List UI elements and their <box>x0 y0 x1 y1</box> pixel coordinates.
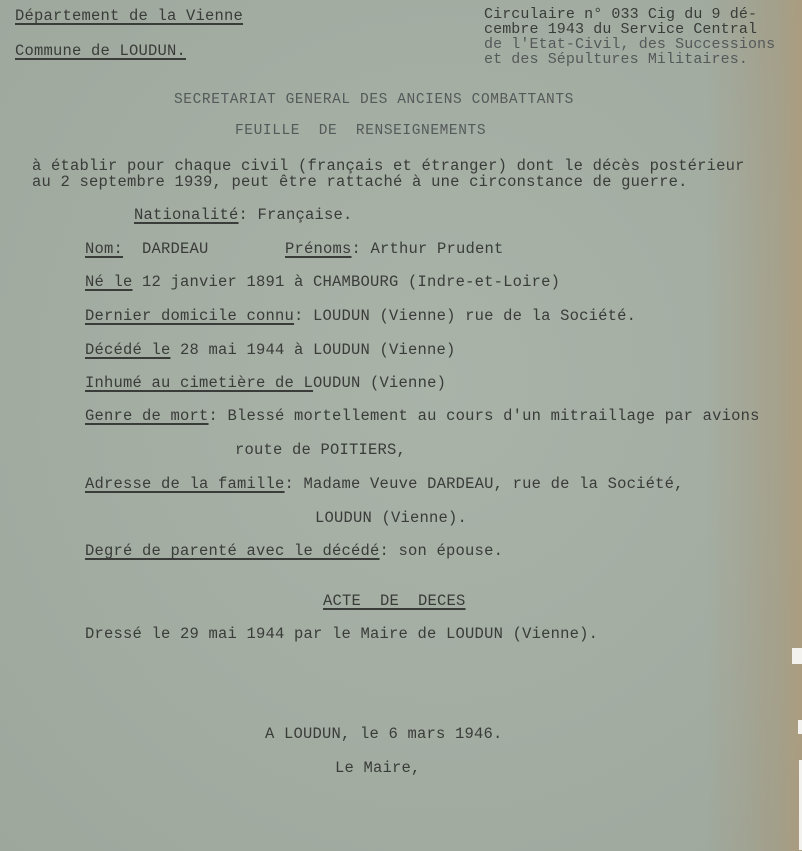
intro-line-2: au 2 septembre 1939, peut être rattaché … <box>32 174 688 190</box>
form-title: FEUILLE DE RENSEIGNEMENTS <box>235 123 486 139</box>
field-genre-mort: Genre de mort: Blessé mortellement au co… <box>85 408 760 424</box>
field-value: 28 mai 1944 à LOUDUN (Vienne) <box>171 341 456 359</box>
field-inhumation: Inhumé au cimetière de LOUDUN (Vienne) <box>85 375 446 391</box>
field-value: : son épouse. <box>380 542 504 560</box>
commune-heading: Commune de LOUDUN. <box>15 43 186 59</box>
field-label: Degré de parenté avec le décédé <box>85 542 380 560</box>
field-adresse-famille: Adresse de la famille: Madame Veuve DARD… <box>85 476 684 492</box>
field-label: Dernier domicile connu <box>85 307 294 325</box>
acte-title: ACTE DE DECES <box>323 593 466 609</box>
document-page: Département de la Vienne Commune de LOUD… <box>0 0 802 851</box>
field-value: : Madame Veuve DARDEAU, rue de la Sociét… <box>285 475 684 493</box>
field-prenoms: Prénoms: Arthur Prudent <box>285 241 504 257</box>
field-value: : LOUDUN (Vienne) rue de la Société. <box>294 307 636 325</box>
field-nom: Nom: DARDEAU <box>85 241 209 257</box>
field-parente: Degré de parenté avec le décédé: son épo… <box>85 543 503 559</box>
signature-place-date: A LOUDUN, le 6 mars 1946. <box>265 726 503 742</box>
field-label: Genre de mort <box>85 407 209 425</box>
circular-line-4: et des Sépultures Militaires. <box>484 53 748 68</box>
field-value: DARDEAU <box>123 240 209 258</box>
field-label: Nationalité <box>134 206 239 224</box>
field-label: Nom: <box>85 240 123 258</box>
field-adresse-famille-cont: LOUDUN (Vienne). <box>315 510 467 526</box>
field-deces: Décédé le 28 mai 1944 à LOUDUN (Vienne) <box>85 342 456 358</box>
field-nationalite: Nationalité: Française. <box>134 207 353 223</box>
field-label: Décédé le <box>85 341 171 359</box>
field-genre-mort-cont: route de POITIERS, <box>235 442 406 458</box>
field-value: : Arthur Prudent <box>352 240 504 258</box>
field-value: OUDUN (Vienne) <box>313 374 446 392</box>
secretariat-title: SECRETARIAT GENERAL DES ANCIENS COMBATTA… <box>174 92 574 108</box>
field-value: : Blessé mortellement au cours d'un mitr… <box>209 407 760 425</box>
field-label: Prénoms <box>285 240 352 258</box>
field-domicile: Dernier domicile connu: LOUDUN (Vienne) … <box>85 308 636 324</box>
field-label: Inhumé au cimetière de L <box>85 374 313 392</box>
field-naissance: Né le 12 janvier 1891 à CHAMBOURG (Indre… <box>85 274 560 290</box>
field-label: Né le <box>85 273 133 291</box>
field-value: 12 janvier 1891 à CHAMBOURG (Indre-et-Lo… <box>133 273 561 291</box>
paper-tear <box>792 648 802 664</box>
signature-signatory: Le Maire, <box>335 760 421 776</box>
field-value: : Française. <box>239 206 353 224</box>
paper-tear <box>798 720 802 734</box>
field-label: Adresse de la famille <box>85 475 285 493</box>
intro-line-1: à établir pour chaque civil (français et… <box>32 158 745 174</box>
department-heading: Département de la Vienne <box>15 8 243 24</box>
acte-text: Dressé le 29 mai 1944 par le Maire de LO… <box>85 626 598 642</box>
